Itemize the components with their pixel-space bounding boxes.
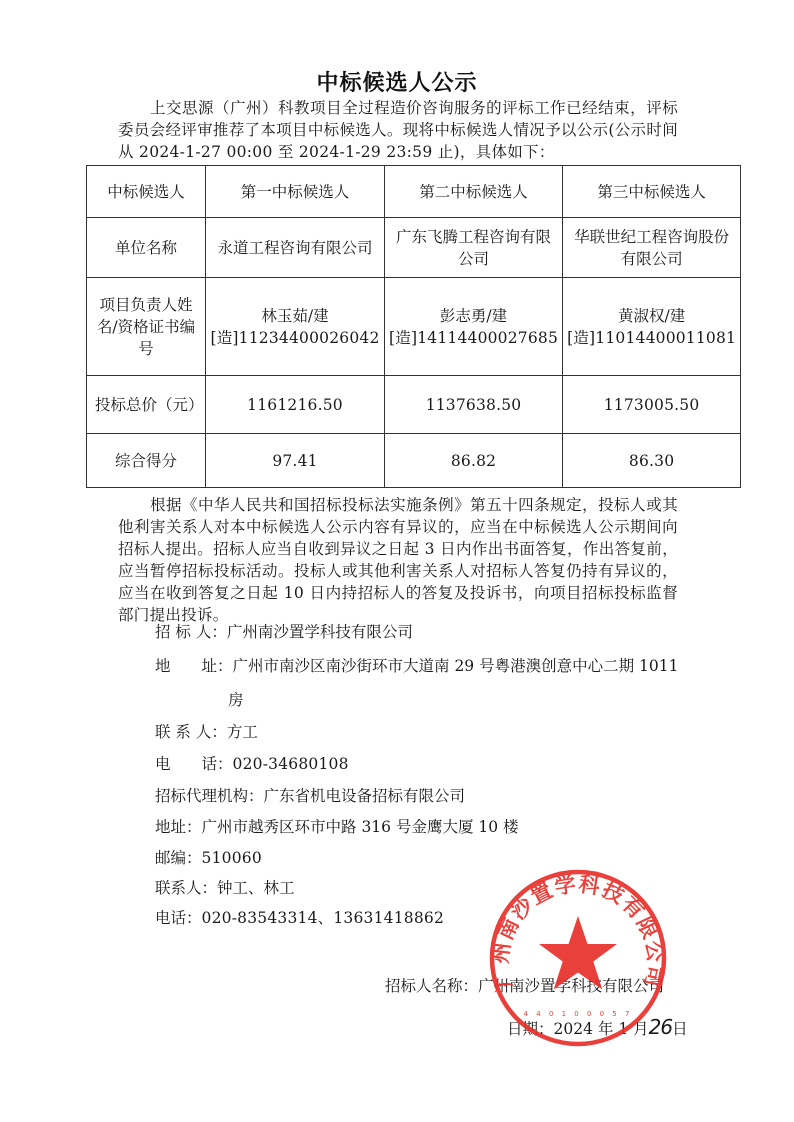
tenderer-address-continued: 房	[228, 689, 244, 711]
agency-contact: 钟工、林工	[217, 879, 295, 897]
table-row-project-lead: 项目负责人姓名/资格证书编号 林玉茹/建 [造]11234400026042 彭…	[87, 278, 741, 376]
score-cell: 97.41	[206, 434, 385, 488]
header-cell: 第三中标候选人	[563, 166, 741, 218]
agency-postcode-line: 邮编：510060	[155, 847, 262, 869]
agency-name: 广东省机电设备招标有限公司	[264, 787, 466, 805]
tenderer-address-line: 地 址：广州市南沙区南沙街环市大道南 29 号粤港澳创意中心二期 1011	[155, 655, 678, 677]
project-lead-cell: 彭志勇/建 [造]14114400027685	[385, 278, 563, 376]
tenderer-address-label: 地 址：	[155, 655, 233, 677]
page-title: 中标候选人公示	[0, 66, 794, 97]
date-printed: 2024 年 1 月	[554, 1020, 649, 1038]
tenderer-phone-line: 电 话：020-34680108	[155, 753, 349, 775]
date-label: 日期：	[507, 1020, 554, 1038]
row-label: 单位名称	[87, 218, 206, 278]
signer-line: 招标人名称：广州南沙置学科技有限公司	[385, 975, 664, 997]
agency-address-label: 地址：	[155, 818, 202, 836]
score-cell: 86.82	[385, 434, 563, 488]
lead-name: 黄淑权/建	[567, 305, 736, 327]
company-name-cell: 广东飞腾工程咨询有限公司	[385, 218, 563, 278]
legal-notice-paragraph: 根据《中华人民共和国招标投标法实施条例》第五十四条规定，投标人或其他利害关系人对…	[118, 494, 678, 626]
agency-name-line: 招标代理机构：广东省机电设备招标有限公司	[155, 785, 465, 807]
agency-postcode: 510060	[202, 849, 262, 867]
signer-label: 招标人名称：	[385, 977, 478, 995]
agency-name-label: 招标代理机构：	[155, 787, 264, 805]
bid-price-cell: 1161216.50	[206, 376, 385, 434]
lead-name: 林玉茹/建	[210, 305, 380, 327]
handwritten-day: 26	[649, 1015, 672, 1039]
agency-contact-label: 联系人：	[155, 879, 217, 897]
project-lead-cell: 黄淑权/建 [造]11014400011081	[563, 278, 741, 376]
tenderer-name-line: 招 标 人：广州南沙置学科技有限公司	[155, 621, 413, 643]
row-label: 投标总价（元）	[87, 376, 206, 434]
agency-address-line: 地址：广州市越秀区环市中路 316 号金鹰大厦 10 楼	[155, 816, 519, 838]
signer-name: 广州南沙置学科技有限公司	[478, 977, 664, 995]
header-cell: 中标候选人	[87, 166, 206, 218]
tenderer-name-label: 招 标 人：	[155, 621, 227, 643]
project-lead-cell: 林玉茹/建 [造]11234400026042	[206, 278, 385, 376]
announcement-page: 中标候选人公示 上交思源（广州）科教项目全过程造价咨询服务的评标工作已经结束，评…	[0, 0, 794, 1122]
bid-price-cell: 1173005.50	[563, 376, 741, 434]
row-label: 综合得分	[87, 434, 206, 488]
row-label: 项目负责人姓名/资格证书编号	[87, 278, 206, 376]
agency-address: 广州市越秀区环市中路 316 号金鹰大厦 10 楼	[202, 818, 519, 836]
cert-number: [造]11234400026042	[210, 327, 380, 349]
table-header-row: 中标候选人 第一中标候选人 第二中标候选人 第三中标候选人	[87, 166, 741, 218]
tenderer-contact: 方工	[227, 723, 258, 741]
tenderer-phone-label: 电 话：	[155, 753, 233, 775]
score-cell: 86.30	[563, 434, 741, 488]
table-row-score: 综合得分 97.41 86.82 86.30	[87, 434, 741, 488]
table-row-bid-price: 投标总价（元） 1161216.50 1137638.50 1173005.50	[87, 376, 741, 434]
agency-phone-line: 电话：020-83543314、13631418862	[155, 907, 444, 929]
agency-phone-label: 电话：	[155, 909, 202, 927]
tenderer-address: 广州市南沙区南沙街环市大道南 29 号粤港澳创意中心二期 1011	[233, 657, 679, 675]
intro-paragraph: 上交思源（广州）科教项目全过程造价咨询服务的评标工作已经结束，评标委员会经评审推…	[118, 97, 678, 163]
company-name-cell: 华联世纪工程咨询股份有限公司	[563, 218, 741, 278]
lead-name: 彭志勇/建	[389, 305, 558, 327]
tenderer-contact-line: 联 系 人：方工	[155, 721, 258, 743]
header-cell: 第二中标候选人	[385, 166, 563, 218]
company-name-cell: 永道工程咨询有限公司	[206, 218, 385, 278]
agency-phone: 020-83543314、13631418862	[202, 909, 445, 927]
date-line: 日期：2024 年 1 月26日	[507, 1016, 688, 1040]
table-row-company: 单位名称 永道工程咨询有限公司 广东飞腾工程咨询有限公司 华联世纪工程咨询股份有…	[87, 218, 741, 278]
date-suffix: 日	[672, 1020, 688, 1038]
header-cell: 第一中标候选人	[206, 166, 385, 218]
cert-number: [造]11014400011081	[567, 327, 736, 349]
agency-contact-line: 联系人：钟工、林工	[155, 877, 295, 899]
seal-text: 广州南沙置学科技有限公司	[488, 872, 667, 990]
bid-price-cell: 1137638.50	[385, 376, 563, 434]
cert-number: [造]14114400027685	[389, 327, 558, 349]
tenderer-contact-label: 联 系 人：	[155, 721, 227, 743]
tenderer-name: 广州南沙置学科技有限公司	[227, 623, 413, 641]
agency-postcode-label: 邮编：	[155, 849, 202, 867]
tenderer-phone: 020-34680108	[233, 755, 349, 773]
candidates-table: 中标候选人 第一中标候选人 第二中标候选人 第三中标候选人 单位名称 永道工程咨…	[86, 165, 741, 488]
